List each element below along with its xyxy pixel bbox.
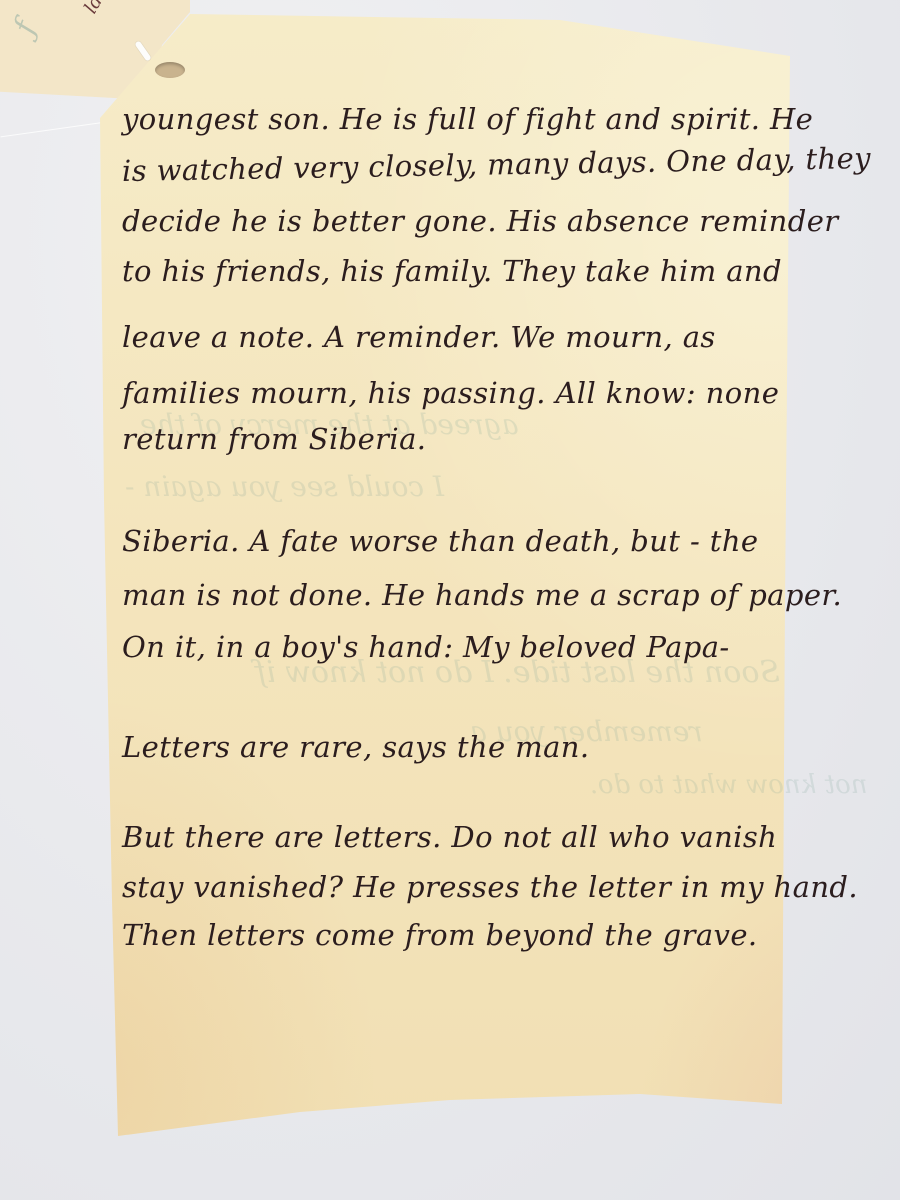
letter-line: Then letters come from beyond the grave.	[122, 918, 758, 952]
letter-line: families mourn, his passing. All know: n…	[122, 376, 779, 410]
letter-line: But there are letters. Do not all who va…	[122, 820, 777, 854]
letter-line: to his friends, his family. They take hi…	[122, 254, 782, 288]
tag-faded-writing: ƒ	[7, 16, 44, 38]
punch-hole	[155, 62, 185, 78]
letter-line: decide he is better gone. His absence re…	[122, 204, 839, 238]
letter-line: return from Siberia.	[122, 422, 426, 456]
letter-line: leave a note. A reminder. We mourn, as	[122, 320, 716, 354]
letter-line: youngest son. He is full of fight and sp…	[122, 102, 813, 136]
bleed-through-line: I could see you again -	[125, 470, 444, 503]
letter-line: man is not done. He hands me a scrap of …	[122, 578, 842, 612]
letter-line: stay vanished? He presses the letter in …	[122, 870, 858, 904]
letter-line: Siberia. A fate worse than death, but - …	[122, 524, 758, 558]
tag-scribble: ld	[80, 0, 107, 17]
bleed-through-line: not know what to do.	[590, 770, 867, 800]
letter-line: On it, in a boy's hand: My beloved Papa-	[122, 630, 730, 664]
letter-line: Letters are rare, says the man.	[122, 730, 589, 764]
